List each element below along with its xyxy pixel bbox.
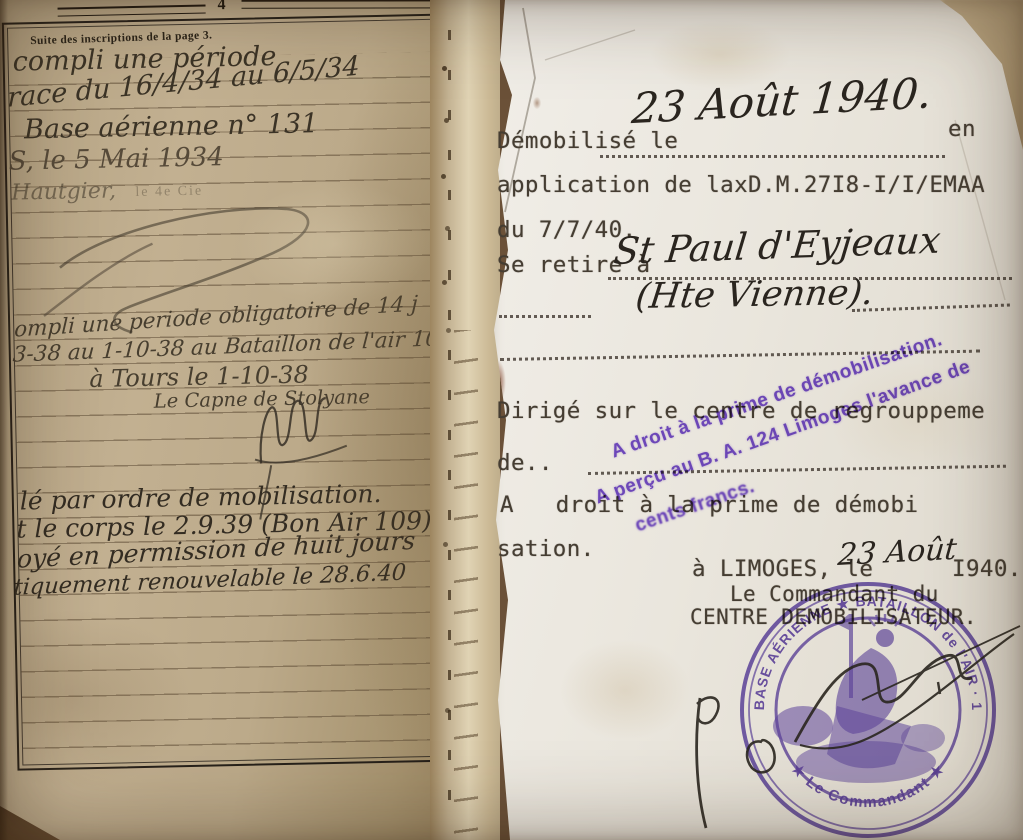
handwritten-entry: Le Capne de Stolyane xyxy=(154,385,371,413)
typed-application-line: application de laxD.M.27I8-I/I/EMAA xyxy=(497,172,985,198)
typed-de-line: de.. xyxy=(497,450,553,476)
handwritten-entry: Hautgier, xyxy=(11,178,116,205)
dotted-line xyxy=(499,315,591,318)
handwritten-entry: Base aérienne n° 131 xyxy=(24,108,319,145)
typed-sation-line: sation. xyxy=(497,536,595,562)
left-page: 4 Suite des inscriptions de la page 3. c… xyxy=(0,0,456,840)
faded-stamp-fragment: le 4e Cie xyxy=(135,184,203,201)
left-page-content: 4 Suite des inscriptions de la page 3. c… xyxy=(0,0,473,840)
top-rule-right xyxy=(242,0,454,9)
page-edge-shadow xyxy=(0,0,8,840)
dotted-line xyxy=(600,155,945,158)
handwritten-departement: (Hte Vienne). xyxy=(634,273,876,317)
handwritten-entry: S, le 5 Mai 1934 xyxy=(8,142,224,176)
seated-marianne-figure xyxy=(773,614,945,783)
stitch-holes xyxy=(442,66,447,71)
document-photo: 4 Suite des inscriptions de la page 3. c… xyxy=(0,0,1023,840)
round-unit-stamp: ★ BASE AÉRIENNE ★ BATAILLON de l'AIR · 1… xyxy=(733,578,1005,840)
stitch-rungs xyxy=(454,330,478,840)
binding-spine xyxy=(430,0,500,840)
typed-demobilise-suffix: en xyxy=(948,116,976,142)
page-number: 4 xyxy=(217,0,225,14)
stitch-thread xyxy=(448,30,451,820)
handwritten-limoges-date: 23 Août xyxy=(836,532,958,573)
top-rule-left xyxy=(58,5,206,17)
